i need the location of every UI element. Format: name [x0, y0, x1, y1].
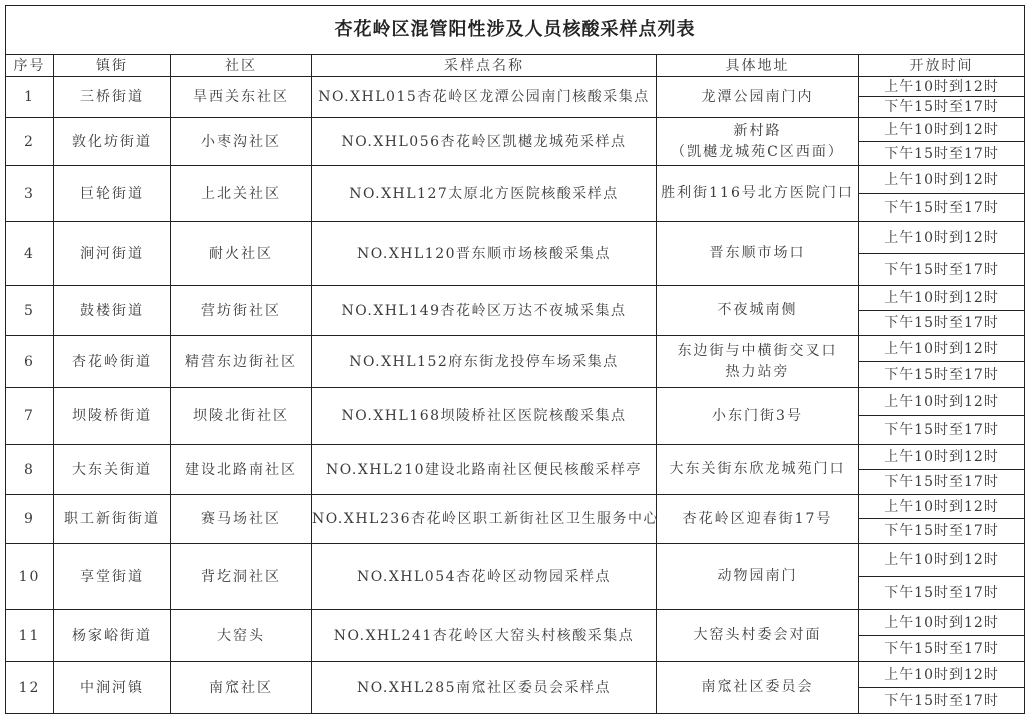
open-time-pm: 下午15时至17时 [859, 519, 1025, 544]
community-cell: 背圪洞社区 [171, 544, 312, 610]
sampling-sites-sheet: 杏花岭区混管阳性涉及人员核酸采样点列表 序号 镇街 社区 采样点名称 具体地址 … [5, 5, 1024, 714]
street-cell: 中涧河镇 [54, 662, 171, 714]
community-cell: 耐火社区 [171, 222, 312, 286]
street-cell: 涧河街道 [54, 222, 171, 286]
row-number: 6 [6, 336, 54, 388]
street-cell: 坝陵桥街道 [54, 388, 171, 445]
open-time-am: 上午10时到12时 [859, 388, 1025, 416]
table-row: 1三桥街道旱西关东社区NO.XHL015杏花岭区龙潭公园南门核酸采集点龙潭公园南… [6, 77, 1025, 97]
address-cell: 不夜城南侧 [657, 286, 859, 336]
site-name-cell: NO.XHL127太原北方医院核酸采样点 [312, 166, 657, 222]
column-header-open-time: 开放时间 [859, 55, 1025, 77]
address-line-1: 大窑头村委会对面 [657, 625, 858, 646]
table-row: 12中涧河镇南窊社区NO.XHL285南窊社区委员会采样点南窊社区委员会上午10… [6, 662, 1025, 688]
open-time-am: 上午10时到12时 [859, 118, 1025, 142]
address-cell: 新村路（凯樾龙城苑C区西面） [657, 118, 859, 166]
site-name-cell: NO.XHL056杏花岭区凯樾龙城苑采样点 [312, 118, 657, 166]
community-cell: 营坊街社区 [171, 286, 312, 336]
street-cell: 鼓楼街道 [54, 286, 171, 336]
address-cell: 晋东顺市场口 [657, 222, 859, 286]
address-line-1: 大东关街东欣龙城苑门口 [657, 459, 858, 480]
row-number: 5 [6, 286, 54, 336]
address-cell: 动物园南门 [657, 544, 859, 610]
address-line-1: 新村路 [657, 121, 858, 142]
street-cell: 大东关街道 [54, 445, 171, 495]
site-name-cell: NO.XHL015杏花岭区龙潭公园南门核酸采集点 [312, 77, 657, 118]
address-cell: 南窊社区委员会 [657, 662, 859, 714]
row-number: 1 [6, 77, 54, 118]
street-cell: 职工新街街道 [54, 495, 171, 544]
address-line-1: 东边街与中横街交叉口 [657, 341, 858, 362]
address-line-1: 杏花岭区迎春街17号 [657, 509, 858, 530]
community-cell: 上北关社区 [171, 166, 312, 222]
row-number: 12 [6, 662, 54, 714]
street-cell: 敦化坊街道 [54, 118, 171, 166]
open-time-am: 上午10时到12时 [859, 336, 1025, 362]
street-cell: 巨轮街道 [54, 166, 171, 222]
column-header-community: 社区 [171, 55, 312, 77]
table-row: 6杏花岭街道精营东边街社区NO.XHL152府东街龙投停车场采集点东边街与中横街… [6, 336, 1025, 362]
address-cell: 大东关街东欣龙城苑门口 [657, 445, 859, 495]
open-time-am: 上午10时到12时 [859, 222, 1025, 254]
address-line-1: 晋东顺市场口 [657, 243, 858, 264]
open-time-pm: 下午15时至17时 [859, 470, 1025, 495]
row-number: 9 [6, 495, 54, 544]
address-line-1: 小东门街3号 [657, 406, 858, 427]
open-time-pm: 下午15时至17时 [859, 311, 1025, 336]
open-time-am: 上午10时到12时 [859, 662, 1025, 688]
community-cell: 坝陵北街社区 [171, 388, 312, 445]
address-line-1: 龙潭公园南门内 [657, 87, 858, 108]
community-cell: 大窑头 [171, 610, 312, 662]
community-cell: 精营东边街社区 [171, 336, 312, 388]
row-number: 7 [6, 388, 54, 445]
open-time-am: 上午10时到12时 [859, 610, 1025, 636]
row-number: 11 [6, 610, 54, 662]
site-name-cell: NO.XHL236杏花岭区职工新街社区卫生服务中心 [312, 495, 657, 544]
table-row: 10享堂街道背圪洞社区NO.XHL054杏花岭区动物园采样点动物园南门上午10时… [6, 544, 1025, 577]
open-time-pm: 下午15时至17时 [859, 688, 1025, 714]
table-title: 杏花岭区混管阳性涉及人员核酸采样点列表 [6, 6, 1025, 55]
open-time-am: 上午10时到12时 [859, 286, 1025, 311]
community-cell: 旱西关东社区 [171, 77, 312, 118]
table-row: 11杨家峪街道大窑头NO.XHL241杏花岭区大窑头村核酸采集点大窑头村委会对面… [6, 610, 1025, 636]
street-cell: 享堂街道 [54, 544, 171, 610]
open-time-pm: 下午15时至17时 [859, 577, 1025, 610]
community-cell: 南窊社区 [171, 662, 312, 714]
site-name-cell: NO.XHL241杏花岭区大窑头村核酸采集点 [312, 610, 657, 662]
site-name-cell: NO.XHL152府东街龙投停车场采集点 [312, 336, 657, 388]
table-row: 5鼓楼街道营坊街社区NO.XHL149杏花岭区万达不夜城采集点不夜城南侧上午10… [6, 286, 1025, 311]
address-cell: 东边街与中横街交叉口热力站旁 [657, 336, 859, 388]
table-row: 3巨轮街道上北关社区NO.XHL127太原北方医院核酸采样点胜利街116号北方医… [6, 166, 1025, 194]
table-row: 2敦化坊街道小枣沟社区NO.XHL056杏花岭区凯樾龙城苑采样点新村路（凯樾龙城… [6, 118, 1025, 142]
row-number: 3 [6, 166, 54, 222]
table-row: 8大东关街道建设北路南社区NO.XHL210建设北路南社区便民核酸采样亭大东关街… [6, 445, 1025, 470]
site-name-cell: NO.XHL054杏花岭区动物园采样点 [312, 544, 657, 610]
address-line-2: （凯樾龙城苑C区西面） [657, 142, 858, 163]
address-line-1: 南窊社区委员会 [657, 677, 858, 698]
site-name-cell: NO.XHL168坝陵桥社区医院核酸采集点 [312, 388, 657, 445]
row-number: 10 [6, 544, 54, 610]
column-header-site-name: 采样点名称 [312, 55, 657, 77]
open-time-pm: 下午15时至17时 [859, 97, 1025, 118]
community-cell: 赛马场社区 [171, 495, 312, 544]
open-time-am: 上午10时到12时 [859, 544, 1025, 577]
open-time-am: 上午10时到12时 [859, 445, 1025, 470]
open-time-am: 上午10时到12时 [859, 77, 1025, 97]
column-header-address: 具体地址 [657, 55, 859, 77]
open-time-pm: 下午15时至17时 [859, 194, 1025, 222]
row-number: 2 [6, 118, 54, 166]
address-line-2: 热力站旁 [657, 362, 858, 383]
address-line-1: 胜利街116号北方医院门口 [657, 183, 858, 204]
open-time-pm: 下午15时至17时 [859, 254, 1025, 286]
address-cell: 龙潭公园南门内 [657, 77, 859, 118]
community-cell: 建设北路南社区 [171, 445, 312, 495]
site-name-cell: NO.XHL210建设北路南社区便民核酸采样亭 [312, 445, 657, 495]
header-row: 序号 镇街 社区 采样点名称 具体地址 开放时间 [6, 55, 1025, 77]
sampling-sites-table: 杏花岭区混管阳性涉及人员核酸采样点列表 序号 镇街 社区 采样点名称 具体地址 … [5, 5, 1025, 714]
address-cell: 胜利街116号北方医院门口 [657, 166, 859, 222]
open-time-am: 上午10时到12时 [859, 166, 1025, 194]
table-row: 4涧河街道耐火社区NO.XHL120晋东顺市场核酸采集点晋东顺市场口上午10时到… [6, 222, 1025, 254]
address-line-1: 不夜城南侧 [657, 300, 858, 321]
site-name-cell: NO.XHL149杏花岭区万达不夜城采集点 [312, 286, 657, 336]
column-header-no: 序号 [6, 55, 54, 77]
address-cell: 大窑头村委会对面 [657, 610, 859, 662]
open-time-pm: 下午15时至17时 [859, 636, 1025, 662]
site-name-cell: NO.XHL120晋东顺市场核酸采集点 [312, 222, 657, 286]
open-time-pm: 下午15时至17时 [859, 362, 1025, 388]
table-row: 7坝陵桥街道坝陵北街社区NO.XHL168坝陵桥社区医院核酸采集点小东门街3号上… [6, 388, 1025, 416]
street-cell: 杨家峪街道 [54, 610, 171, 662]
address-cell: 杏花岭区迎春街17号 [657, 495, 859, 544]
address-line-1: 动物园南门 [657, 566, 858, 587]
row-number: 8 [6, 445, 54, 495]
open-time-pm: 下午15时至17时 [859, 142, 1025, 166]
open-time-pm: 下午15时至17时 [859, 416, 1025, 445]
street-cell: 三桥街道 [54, 77, 171, 118]
street-cell: 杏花岭街道 [54, 336, 171, 388]
open-time-am: 上午10时到12时 [859, 495, 1025, 519]
column-header-street: 镇街 [54, 55, 171, 77]
row-number: 4 [6, 222, 54, 286]
community-cell: 小枣沟社区 [171, 118, 312, 166]
table-row: 9职工新街街道赛马场社区NO.XHL236杏花岭区职工新街社区卫生服务中心杏花岭… [6, 495, 1025, 519]
address-cell: 小东门街3号 [657, 388, 859, 445]
site-name-cell: NO.XHL285南窊社区委员会采样点 [312, 662, 657, 714]
